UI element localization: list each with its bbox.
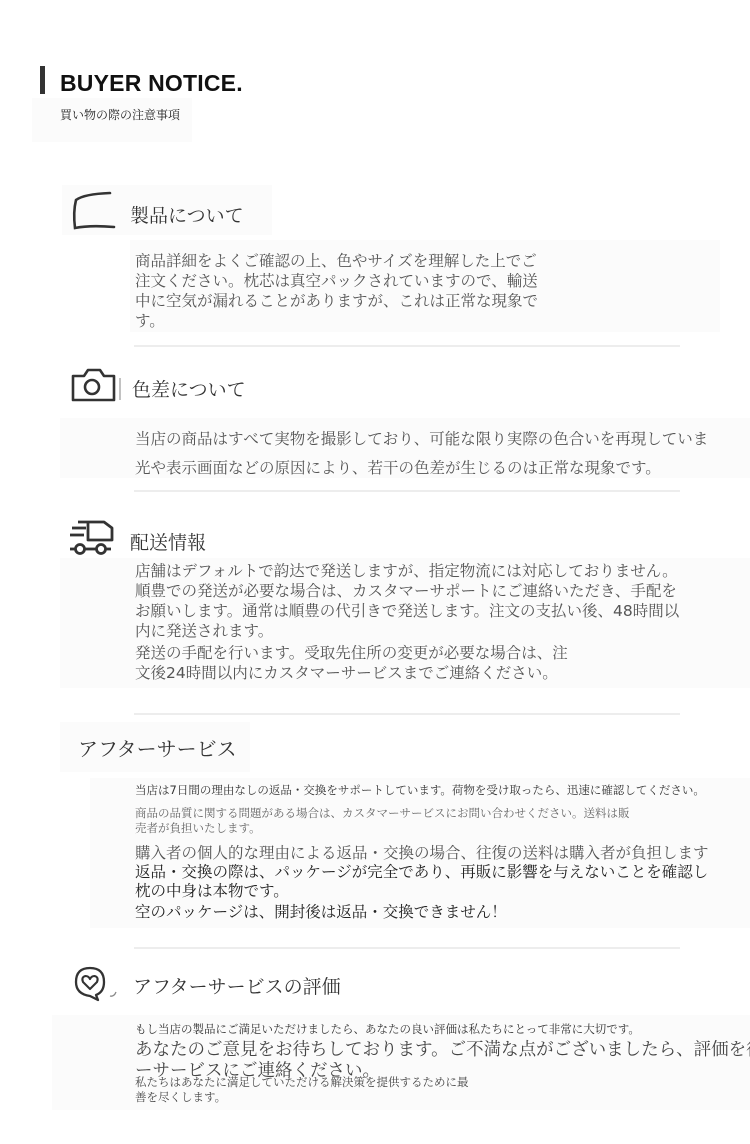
- heart-chat-icon: [72, 962, 122, 1002]
- text-line: 順豊での発送が必要な場合は、カスタマーサポートにご連絡いただき、手配を: [135, 581, 679, 601]
- divider: [134, 345, 680, 347]
- text-line: あなたのご意見をお待ちしております。ご不満な点がございましたら、評価を行う: [135, 1040, 750, 1061]
- text-line: 枕の中身は本物です。: [135, 882, 709, 901]
- delivery-truck-icon: [68, 518, 120, 562]
- text-line: 売者が負担いたします。: [135, 821, 630, 836]
- text-line: 商品詳細をよくご確認の上、色やサイズを理解した上でご: [135, 251, 538, 271]
- text-line: 空のパッケージは、開封後は返品・交換できません！: [135, 903, 709, 922]
- after-service-body: 購入者の個人的な理由による返品・交換の場合、往復の送料は購入者が負担します 返品…: [135, 844, 709, 922]
- text-line: 商品の品質に関する問題がある場合は、カスタマーサービスにお問い合わせください。送…: [135, 806, 630, 821]
- text-line: 私たちはあなたに満足していただける解決策を提供するために最: [135, 1075, 469, 1090]
- text-line: す。: [135, 311, 538, 331]
- section-title-product: 製品について: [130, 201, 244, 228]
- text-line: 中に空気が漏れることがありますが、これは正常な現象で: [135, 291, 538, 311]
- pillow-icon: [70, 190, 122, 234]
- after-service-intro: 当店は7日間の理由なしの返品・交換をサポートしています。荷物を受け取ったら、迅速…: [135, 783, 705, 798]
- page-subtitle: 買い物の際の注意事項: [60, 106, 180, 123]
- text-line: 店舗はデフォルトで韵达で発送しますが、指定物流には対応しておりません。: [135, 561, 679, 581]
- text-line: 光や表示画面などの原因により、若干の色差が生じるのは正常な現象です。: [135, 454, 708, 483]
- section-title-after-service: アフターサービス: [78, 733, 237, 762]
- text-line: 返品・交換の際は、パッケージが完全であり、再販に影響を与えないことを確認し: [135, 863, 709, 882]
- page-title: BUYER NOTICE.: [60, 70, 243, 97]
- section-body-color: 当店の商品はすべて実物を撮影しており、可能な限り実際の色合いを再現していま 光や…: [135, 425, 708, 483]
- review-intro: もし当店の製品にご満足いただけましたら、あなたの良い評価は私たちにとって非常に大…: [135, 1022, 640, 1037]
- header-accent-bar: [40, 66, 45, 94]
- section-body-product: 商品詳細をよくご確認の上、色やサイズを理解した上でご 注文ください。枕芯は真空パ…: [135, 251, 538, 331]
- section-title-review: アフターサービスの評価: [133, 972, 341, 999]
- section-title-shipping: 配送情報: [130, 528, 206, 555]
- text-line: 文後24時間以内にカスタマーサービスまでご連絡ください。: [135, 663, 679, 683]
- text-line: 内に発送されます。: [135, 621, 679, 641]
- camera-icon: [70, 364, 122, 408]
- text-line: 購入者の個人的な理由による返品・交換の場合、往復の送料は購入者が負担します: [135, 844, 709, 863]
- text-line: 善を尽くします。: [135, 1090, 469, 1105]
- divider: [134, 490, 680, 492]
- text-line: お願いします。通常は順豊の代引きで発送します。注文の支払い後、48時間以: [135, 601, 679, 621]
- text-line: 当店の商品はすべて実物を撮影しており、可能な限り実際の色合いを再現していま: [135, 425, 708, 454]
- after-service-quality-note: 商品の品質に関する問題がある場合は、カスタマーサービスにお問い合わせください。送…: [135, 806, 630, 836]
- section-title-color: 色差について: [132, 375, 246, 402]
- divider: [134, 947, 680, 949]
- text-line: 注文ください。枕芯は真空パックされていますので、輸送: [135, 271, 538, 291]
- divider: [134, 713, 680, 715]
- section-body-shipping: 店舗はデフォルトで韵达で発送しますが、指定物流には対応しておりません。 順豊での…: [135, 561, 679, 683]
- review-closing: 私たちはあなたに満足していただける解決策を提供するために最 善を尽くします。: [135, 1075, 469, 1105]
- text-line: 発送の手配を行います。受取先住所の変更が必要な場合は、注: [135, 643, 679, 663]
